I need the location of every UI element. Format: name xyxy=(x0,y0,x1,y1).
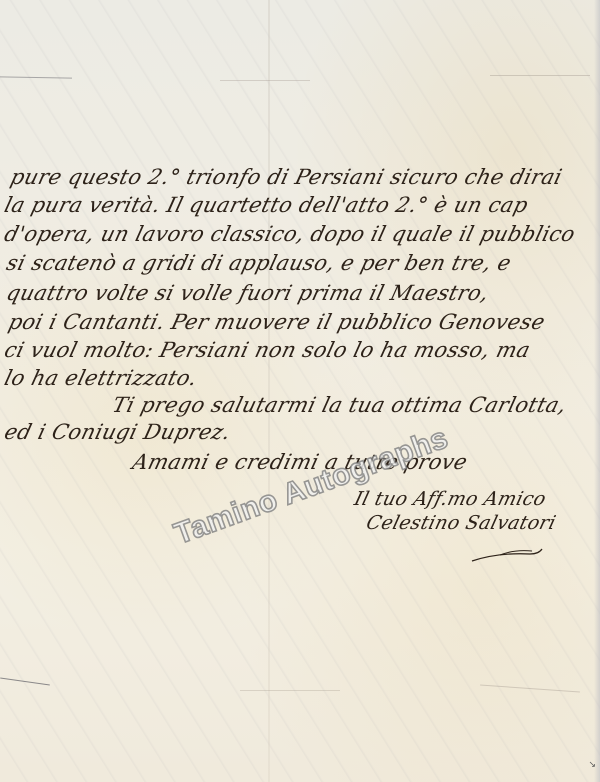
signature-flourish xyxy=(470,545,550,563)
letter-line: si scatenò a gridi di applauso, e per be… xyxy=(4,251,514,275)
letter-line: lo ha elettrizzato. xyxy=(2,366,200,390)
letter-body: pure questo 2.° trionfo di Persiani sicu… xyxy=(0,0,600,782)
letter-line: Ti prego salutarmi la tua ottima Carlott… xyxy=(110,393,569,417)
signature: Celestino Salvatori xyxy=(364,512,558,534)
letter-line: ci vuol molto: Persiani non solo lo ha m… xyxy=(2,338,533,362)
letter-page: pure questo 2.° trionfo di Persiani sicu… xyxy=(0,0,600,782)
letter-line: la pura verità. Il quartetto dell'atto 2… xyxy=(2,193,531,217)
letter-line: quattro volte si volle fuori prima il Ma… xyxy=(4,281,491,305)
letter-line: d'opera, un lavoro classico, dopo il qua… xyxy=(2,222,578,246)
corner-mark: ↘ xyxy=(588,760,596,770)
valediction: Il tuo Aff.mo Amico xyxy=(352,488,548,510)
letter-line: poi i Cantanti. Per muovere il pubblico … xyxy=(6,310,548,334)
letter-line: ed i Coniugi Duprez. xyxy=(2,420,233,444)
letter-line: pure questo 2.° trionfo di Persiani sicu… xyxy=(8,165,565,189)
